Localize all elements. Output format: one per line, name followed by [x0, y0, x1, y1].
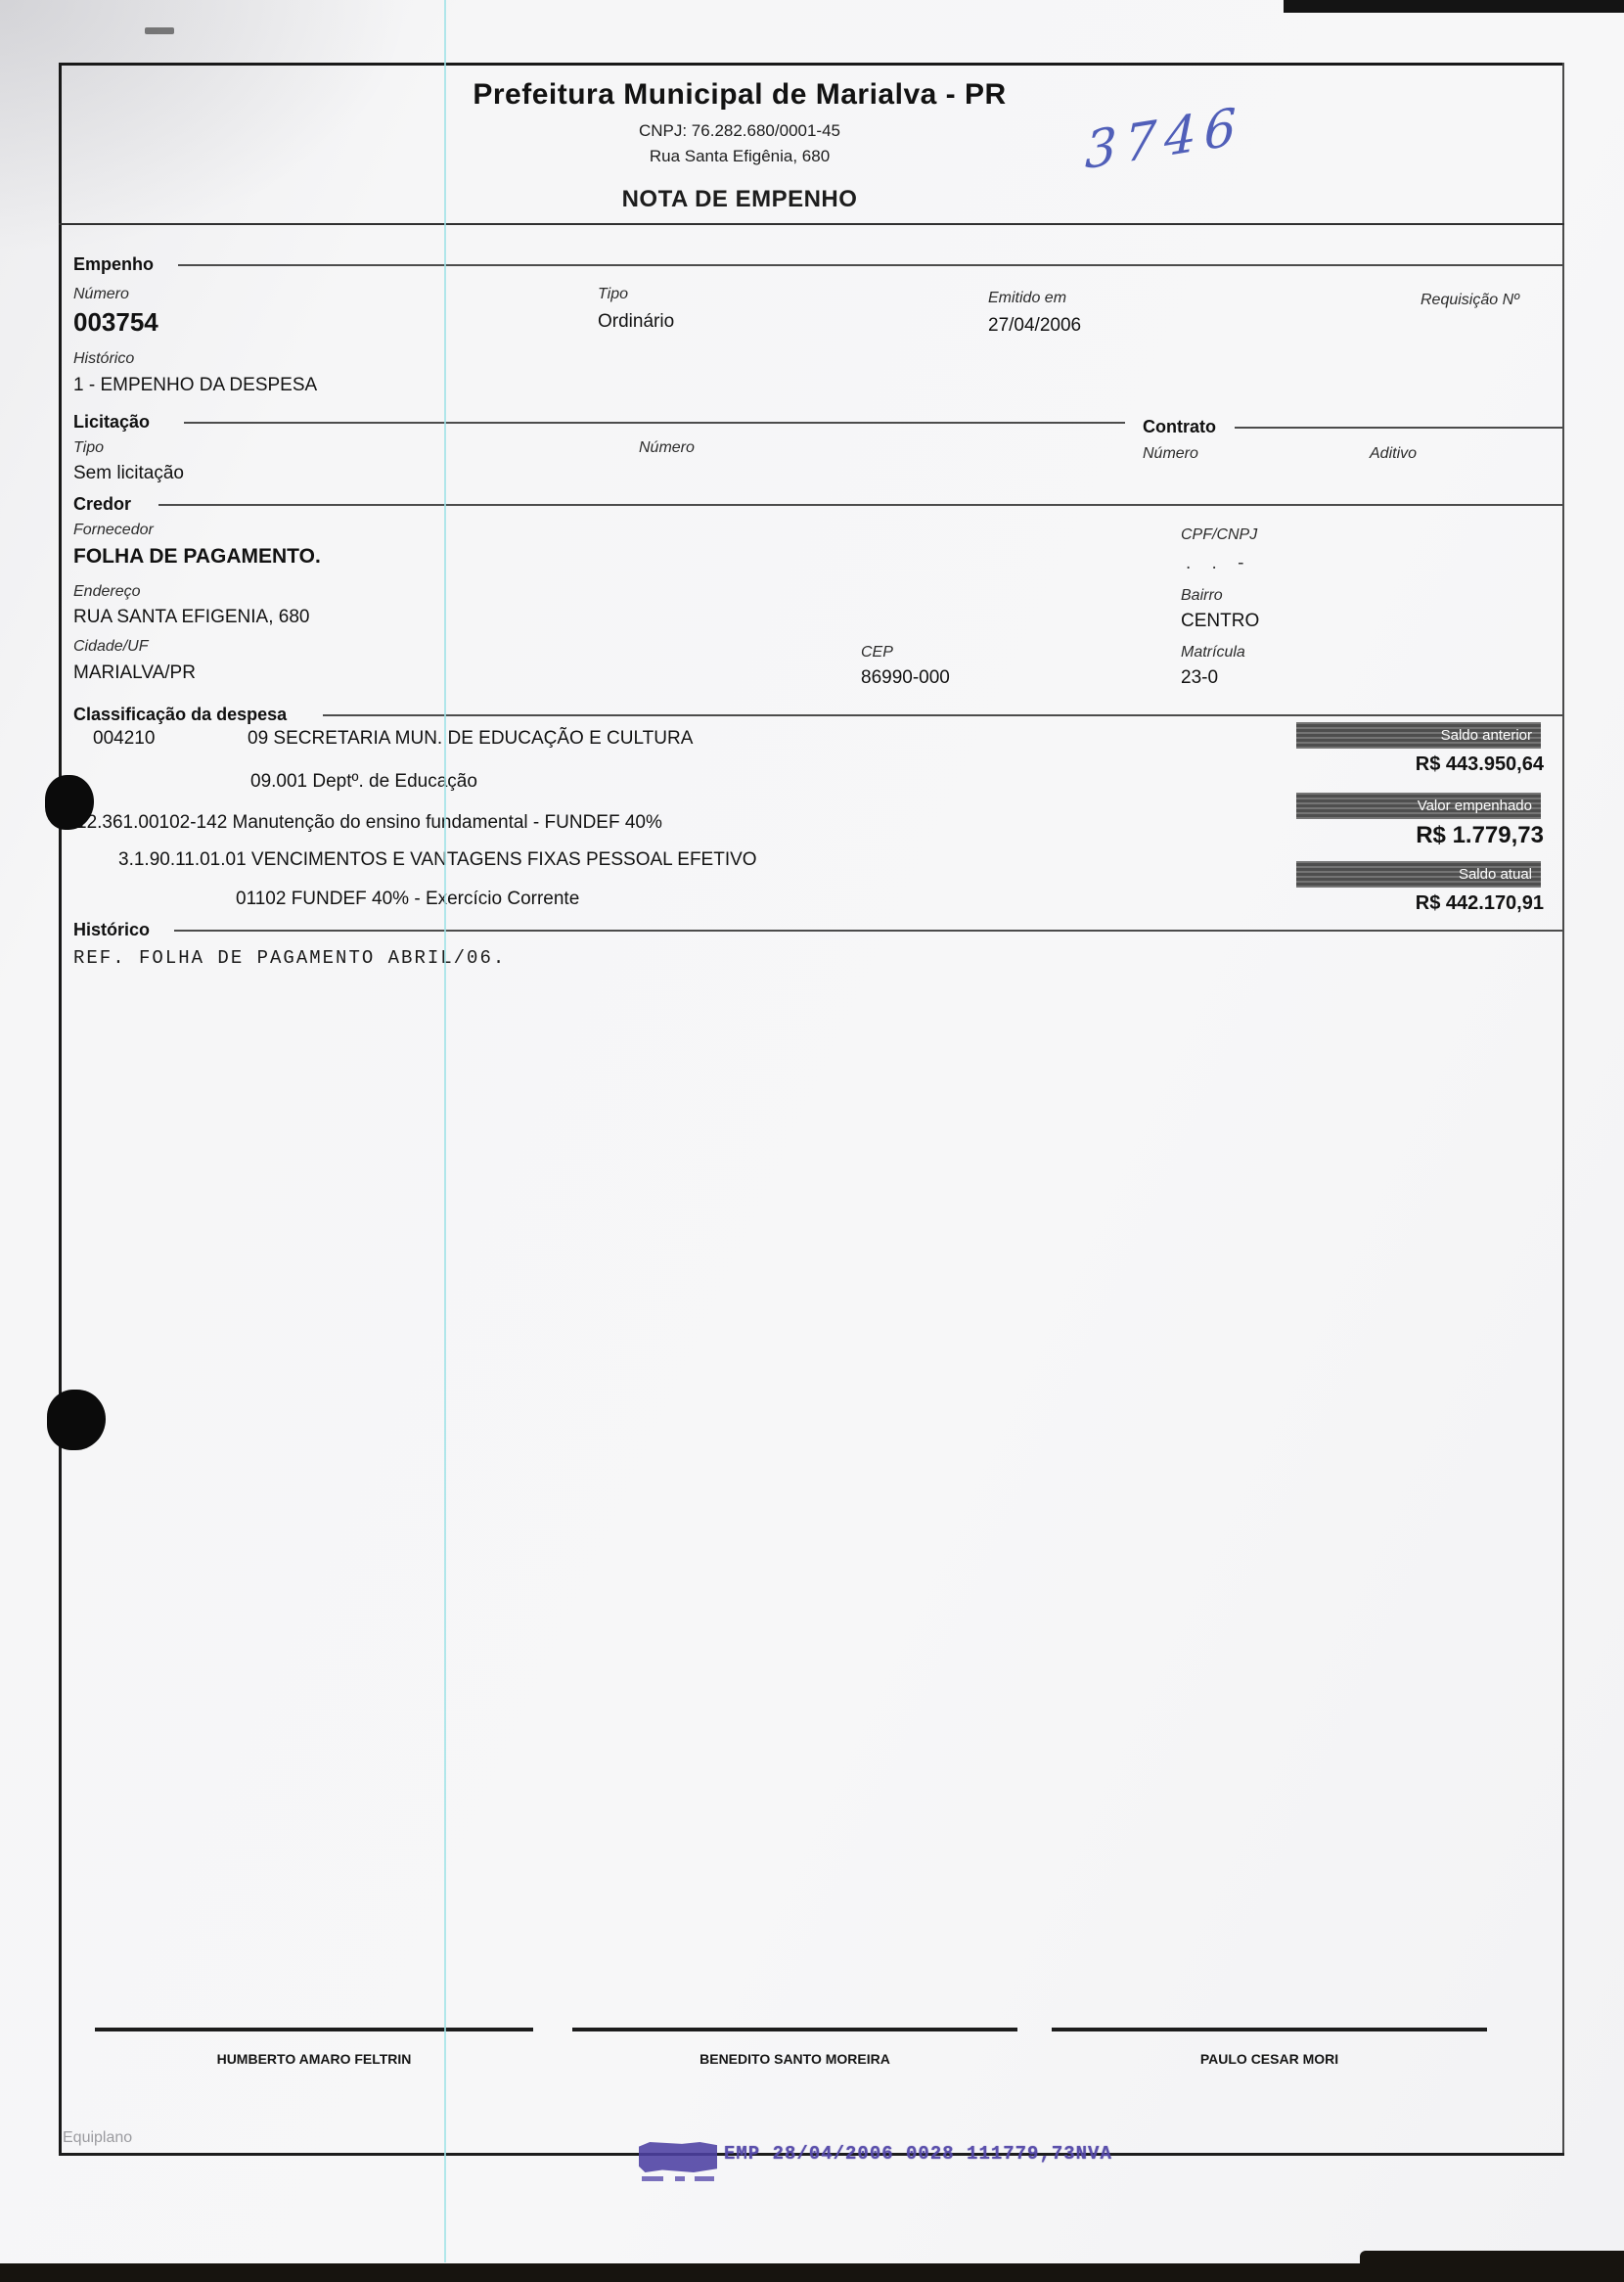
saldo-atual-value: R$ 442.170,91 [1416, 892, 1544, 915]
section-empenho: Empenho [73, 254, 154, 275]
classificacao-row: 09 SECRETARIA MUN. DE EDUCAÇÃO E CULTURA [248, 728, 693, 750]
frame-top-border [59, 63, 1564, 66]
numero-value: 003754 [73, 307, 158, 338]
cep-value: 86990-000 [861, 667, 950, 689]
emitido-label: Emitido em [988, 290, 1066, 307]
scanner-streak-line [444, 0, 446, 2262]
fornecedor-label: Fornecedor [73, 522, 154, 539]
signature-name: PAULO CESAR MORI [1052, 2051, 1487, 2067]
classificacao-row: 01102 FUNDEF 40% - Exercício Corrente [236, 889, 579, 910]
section-licitacao: Licitação [73, 412, 150, 433]
scanned-document-page: Prefeitura Municipal de Marialva - PR CN… [0, 0, 1624, 2282]
licitacao-tipo-label: Tipo [73, 439, 104, 457]
bairro-value: CENTRO [1181, 611, 1259, 632]
section-historico: Histórico [73, 920, 150, 940]
stamp-mark [642, 2176, 663, 2181]
licitacao-numero-label: Número [639, 439, 695, 457]
contrato-numero-label: Número [1143, 445, 1198, 463]
signature-line [1052, 2028, 1487, 2031]
cpf-label: CPF/CNPJ [1181, 526, 1257, 544]
section-credor-rule [158, 504, 1562, 506]
bairro-label: Bairro [1181, 587, 1223, 605]
section-empenho-rule [178, 264, 1562, 266]
ink-blob [47, 1390, 106, 1450]
saldo-anterior-value: R$ 443.950,64 [1416, 753, 1544, 776]
historico-text: REF. FOLHA DE PAGAMENTO ABRIL/06. [73, 947, 506, 969]
matricula-value: 23-0 [1181, 667, 1218, 689]
section-contrato-rule [1235, 427, 1562, 429]
section-historico-rule [174, 930, 1562, 932]
saldo-atual-bar: Saldo atual [1296, 861, 1541, 888]
stamp-mark [675, 2176, 685, 2181]
scan-edge-artifact-top [1284, 0, 1624, 13]
scan-edge-artifact-bottom [0, 2263, 1624, 2282]
empenho-historico-label: Histórico [73, 350, 134, 368]
signature-name: BENEDITO SANTO MOREIRA [572, 2051, 1017, 2067]
matricula-label: Matrícula [1181, 644, 1245, 662]
valor-empenhado-bar: Valor empenhado [1296, 793, 1541, 819]
frame-right-border [1562, 63, 1564, 2156]
classificacao-row: 12.361.00102-142 Manutenção do ensino fu… [76, 812, 662, 834]
requisicao-label: Requisição Nº [1421, 292, 1519, 309]
numero-label: Número [73, 286, 129, 303]
scan-speck [145, 27, 174, 34]
section-classificacao: Classificação da despesa [73, 705, 287, 725]
endereco-value: RUA SANTA EFIGENIA, 680 [73, 607, 309, 628]
fornecedor-value: FOLHA DE PAGAMENTO. [73, 545, 321, 569]
stamp-mark [695, 2176, 714, 2181]
aditivo-label: Aditivo [1370, 445, 1417, 463]
stamp-logo [639, 2142, 717, 2172]
section-classificacao-rule [323, 714, 1562, 716]
tipo-label: Tipo [598, 286, 628, 303]
cidade-value: MARIALVA/PR [73, 662, 196, 684]
doc-type-title: NOTA DE EMPENHO [59, 186, 1421, 213]
frame-left-border [59, 63, 62, 2156]
licitacao-tipo-value: Sem licitação [73, 463, 184, 484]
header-separator-line [59, 223, 1564, 225]
section-licitacao-rule [184, 422, 1125, 424]
signature-line [572, 2028, 1017, 2031]
tipo-value: Ordinário [598, 311, 674, 333]
signature-line [95, 2028, 533, 2031]
machine-stamp-text: EMP 28/04/2006 0028 111779,73NVA [724, 2143, 1112, 2165]
valor-empenhado-value: R$ 1.779,73 [1416, 822, 1544, 849]
saldo-anterior-bar: Saldo anterior [1296, 722, 1541, 749]
endereco-label: Endereço [73, 583, 141, 601]
empenho-historico-value: 1 - EMPENHO DA DESPESA [73, 375, 317, 396]
cep-label: CEP [861, 644, 893, 662]
vendor-watermark: Equiplano [63, 2129, 132, 2147]
cpf-value: . . - [1186, 553, 1243, 574]
section-credor: Credor [73, 494, 131, 515]
classificacao-code: 004210 [93, 728, 155, 750]
classificacao-row: 3.1.90.11.01.01 VENCIMENTOS E VANTAGENS … [118, 849, 757, 871]
section-contrato: Contrato [1143, 417, 1216, 437]
cidade-label: Cidade/UF [73, 638, 148, 656]
emitido-value: 27/04/2006 [988, 315, 1081, 337]
signature-name: HUMBERTO AMARO FELTRIN [95, 2051, 533, 2067]
